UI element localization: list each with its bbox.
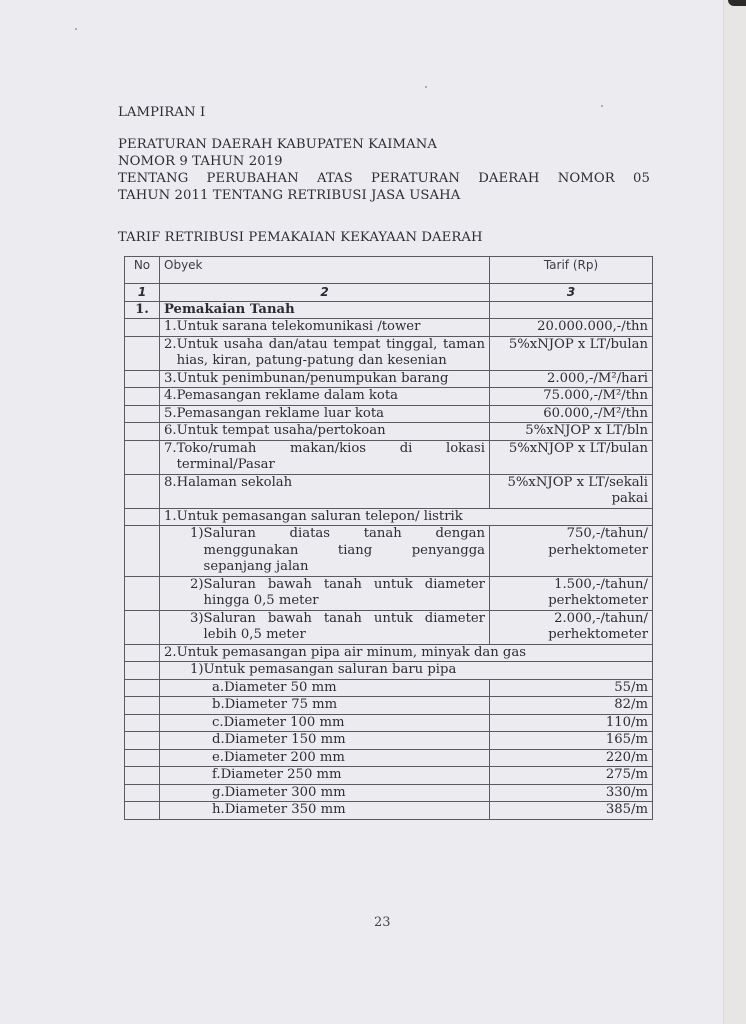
item-text: Halaman sekolah [177, 475, 485, 492]
item-text: Diameter 200 mm [224, 750, 485, 767]
empty-cell [125, 679, 160, 697]
item-text: Diameter 50 mm [224, 680, 485, 697]
table-row: 1) Saluran diatas tanah dengan menggunak… [125, 526, 653, 577]
empty-cell [125, 423, 160, 441]
object-cell: b. Diameter 75 mm [160, 697, 490, 715]
regulation-line: TENTANG PERUBAHAN ATAS PERATURAN DAERAH … [118, 170, 650, 187]
table-row: 6. Untuk tempat usaha/pertokoan5%xNJOP x… [125, 423, 653, 441]
column-header: Obyek [160, 257, 490, 284]
object-cell: 3. Untuk penimbunan/penumpukan barang [160, 370, 490, 388]
object-cell: a. Diameter 50 mm [160, 679, 490, 697]
tariff-value: 275/m [606, 767, 648, 782]
item-number: g. [212, 785, 225, 802]
item-number: a. [212, 680, 224, 697]
object-cell: h. Diameter 350 mm [160, 802, 490, 820]
item-number: 2. [164, 337, 177, 370]
page-edge [723, 0, 746, 1024]
empty-cell [125, 610, 160, 644]
regulation-line: PERATURAN DAERAH KABUPATEN KAIMANA [118, 136, 650, 153]
tariff-value: 220/m [606, 750, 648, 765]
section-title: Pemakaian Tanah [164, 302, 295, 317]
object-cell: 8. Halaman sekolah [160, 474, 490, 508]
group-title: 1) Untuk pemasangan saluran baru pipa [160, 662, 653, 680]
tariff-value: 385/m [606, 802, 648, 817]
item-number: 1. [164, 319, 177, 336]
tariff-value: 2.000,-/tahun/ perhektometer [548, 611, 648, 643]
item-number: 2. [164, 645, 177, 662]
column-header-label: Obyek [164, 258, 203, 272]
subsection-row: 1. Untuk pemasangan saluran telepon/ lis… [125, 508, 653, 526]
table-row: a. Diameter 50 mm55/m [125, 679, 653, 697]
section-number: 1. [125, 301, 160, 319]
empty-cell [490, 301, 653, 319]
scan-speck [425, 86, 427, 88]
item-number: 2) [190, 577, 204, 610]
object-cell: 1. Untuk sarana telekomunikasi /tower [160, 319, 490, 337]
item-text: Saluran diatas tanah dengan menggunakan … [204, 526, 485, 576]
item-text: Untuk penimbunan/penumpukan barang [177, 371, 485, 388]
item-text: Saluran bawah tanah untuk diameter lebih… [204, 611, 485, 644]
table-row: 2) Saluran bawah tanah untuk diameter hi… [125, 576, 653, 610]
subsection-title: 1. Untuk pemasangan saluran telepon/ lis… [160, 508, 653, 526]
table-row: 3. Untuk penimbunan/penumpukan barang2.0… [125, 370, 653, 388]
column-header: Tarif (Rp) [490, 257, 653, 284]
table-row: h. Diameter 350 mm385/m [125, 802, 653, 820]
object-cell: 4. Pemasangan reklame dalam kota [160, 388, 490, 406]
tariff-cell: 5%xNJOP x LT/bulan [490, 440, 653, 474]
empty-cell [125, 749, 160, 767]
empty-cell [125, 526, 160, 577]
tariff-cell: 220/m [490, 749, 653, 767]
item-number: e. [212, 750, 224, 767]
empty-cell [125, 662, 160, 680]
tariff-value: 330/m [606, 785, 648, 800]
object-cell: 6. Untuk tempat usaha/pertokoan [160, 423, 490, 441]
item-number: 3. [164, 371, 177, 388]
object-cell: 5. Pemasangan reklame luar kota [160, 405, 490, 423]
empty-cell [125, 784, 160, 802]
column-header-label: Tarif (Rp) [544, 258, 598, 272]
table-row: 2. Untuk usaha dan/atau tempat tinggal, … [125, 336, 653, 370]
empty-cell [125, 508, 160, 526]
empty-cell [125, 802, 160, 820]
header-row: NoObyekTarif (Rp) [125, 257, 653, 284]
item-number: d. [212, 732, 225, 749]
item-text: Untuk pemasangan pipa air minum, minyak … [177, 645, 648, 662]
tariff-value: 110/m [606, 715, 648, 730]
object-cell: 2. Untuk usaha dan/atau tempat tinggal, … [160, 336, 490, 370]
object-cell: g. Diameter 300 mm [160, 784, 490, 802]
item-text: Toko/rumah makan/kios di lokasi terminal… [177, 441, 485, 474]
tariff-value: 82/m [614, 697, 648, 712]
section-title: Pemakaian Tanah [160, 301, 490, 319]
table-row: 8. Halaman sekolah5%xNJOP x LT/sekali pa… [125, 474, 653, 508]
table-row: f. Diameter 250 mm275/m [125, 767, 653, 785]
section-number: 1. [135, 302, 149, 317]
section-row: 1.Pemakaian Tanah [125, 301, 653, 319]
item-text: Diameter 300 mm [225, 785, 485, 802]
table-row: e. Diameter 200 mm220/m [125, 749, 653, 767]
column-index: 3 [490, 284, 653, 302]
subsection-row: 2. Untuk pemasangan pipa air minum, miny… [125, 644, 653, 662]
tariff-cell: 2.000,-/M²/hari [490, 370, 653, 388]
table-row: 5. Pemasangan reklame luar kota60.000,-/… [125, 405, 653, 423]
scan-speck [75, 28, 77, 30]
empty-cell [125, 405, 160, 423]
column-header: No [125, 257, 160, 284]
column-index-label: 3 [567, 285, 575, 299]
item-text: Untuk tempat usaha/pertokoan [177, 423, 485, 440]
table-row: d. Diameter 150 mm165/m [125, 732, 653, 750]
tariff-cell: 275/m [490, 767, 653, 785]
tariff-value: 55/m [614, 680, 648, 695]
object-cell: 7. Toko/rumah makan/kios di lokasi termi… [160, 440, 490, 474]
tariff-table: NoObyekTarif (Rp)1231.Pemakaian Tanah1. … [124, 256, 653, 820]
tariff-cell: 330/m [490, 784, 653, 802]
item-text: Untuk pemasangan saluran telepon/ listri… [177, 509, 648, 526]
empty-cell [125, 576, 160, 610]
document-header: LAMPIRAN I PERATURAN DAERAH KABUPATEN KA… [118, 104, 650, 246]
empty-cell [125, 767, 160, 785]
item-number: 1) [190, 662, 204, 679]
item-number: 1) [190, 526, 204, 576]
column-index-label: 1 [138, 285, 146, 299]
tariff-cell: 385/m [490, 802, 653, 820]
table-title: TARIF RETRIBUSI PEMAKAIAN KEKAYAAN DAERA… [118, 229, 650, 246]
column-header-label: No [134, 258, 150, 272]
tariff-cell: 20.000.000,-/thn [490, 319, 653, 337]
column-index-label: 2 [320, 285, 328, 299]
empty-cell [125, 388, 160, 406]
empty-cell [125, 732, 160, 750]
item-number: c. [212, 715, 224, 732]
tariff-value: 5%xNJOP x LT/bulan [509, 337, 648, 352]
item-number: 8. [164, 475, 177, 492]
object-cell: 1) Saluran diatas tanah dengan menggunak… [160, 526, 490, 577]
item-text: Untuk pemasangan saluran baru pipa [204, 662, 648, 679]
empty-cell [125, 319, 160, 337]
empty-cell [125, 440, 160, 474]
tariff-value: 750,-/tahun/ perhektometer [548, 526, 648, 558]
column-index: 1 [125, 284, 160, 302]
table-row: 1. Untuk sarana telekomunikasi /tower20.… [125, 319, 653, 337]
tariff-value: 1.500,-/tahun/ perhektometer [548, 577, 648, 609]
item-text: Pemasangan reklame luar kota [177, 406, 485, 423]
tariff-value: 5%xNJOP x LT/sekali pakai [508, 475, 648, 507]
table-row: 7. Toko/rumah makan/kios di lokasi termi… [125, 440, 653, 474]
item-text: Untuk usaha dan/atau tempat tinggal, tam… [177, 337, 485, 370]
column-index: 2 [160, 284, 490, 302]
tariff-value: 165/m [606, 732, 648, 747]
item-text: Pemasangan reklame dalam kota [177, 388, 485, 405]
group-row: 1) Untuk pemasangan saluran baru pipa [125, 662, 653, 680]
tariff-value: 20.000.000,-/thn [537, 319, 648, 334]
tariff-cell: 1.500,-/tahun/ perhektometer [490, 576, 653, 610]
tariff-value: 2.000,-/M²/hari [547, 371, 648, 386]
empty-cell [125, 714, 160, 732]
item-text: Diameter 350 mm [225, 802, 485, 819]
item-number: 1. [164, 509, 177, 526]
item-number: h. [212, 802, 225, 819]
tariff-cell: 5%xNJOP x LT/bulan [490, 336, 653, 370]
item-text: Diameter 75 mm [225, 697, 485, 714]
item-number: 4. [164, 388, 177, 405]
tariff-value: 5%xNJOP x LT/bulan [509, 441, 648, 456]
table-row: 4. Pemasangan reklame dalam kota75.000,-… [125, 388, 653, 406]
empty-cell [125, 370, 160, 388]
table-row: 3) Saluran bawah tanah untuk diameter le… [125, 610, 653, 644]
tariff-cell: 55/m [490, 679, 653, 697]
table-row: g. Diameter 300 mm330/m [125, 784, 653, 802]
item-text: Saluran bawah tanah untuk diameter hingg… [204, 577, 485, 610]
tariff-value: 75.000,-/M²/thn [543, 388, 648, 403]
tariff-cell: 2.000,-/tahun/ perhektometer [490, 610, 653, 644]
empty-cell [125, 336, 160, 370]
regulation-line: TAHUN 2011 TENTANG RETRIBUSI JASA USAHA [118, 187, 650, 204]
subsection-title: 2. Untuk pemasangan pipa air minum, miny… [160, 644, 653, 662]
object-cell: c. Diameter 100 mm [160, 714, 490, 732]
index-row: 123 [125, 284, 653, 302]
tariff-cell: 75.000,-/M²/thn [490, 388, 653, 406]
object-cell: d. Diameter 150 mm [160, 732, 490, 750]
page-number: 23 [374, 915, 391, 930]
item-text: Diameter 250 mm [221, 767, 485, 784]
tariff-cell: 110/m [490, 714, 653, 732]
empty-cell [125, 644, 160, 662]
object-cell: e. Diameter 200 mm [160, 749, 490, 767]
object-cell: f. Diameter 250 mm [160, 767, 490, 785]
tariff-value: 5%xNJOP x LT/bln [525, 423, 648, 438]
item-text: Diameter 150 mm [225, 732, 485, 749]
table-row: c. Diameter 100 mm110/m [125, 714, 653, 732]
attachment-label: LAMPIRAN I [118, 104, 650, 121]
tariff-cell: 60.000,-/M²/thn [490, 405, 653, 423]
item-text: Diameter 100 mm [224, 715, 485, 732]
regulation-line: NOMOR 9 TAHUN 2019 [118, 153, 650, 170]
tariff-cell: 82/m [490, 697, 653, 715]
item-number: 3) [190, 611, 204, 644]
scan-corner [728, 0, 746, 6]
tariff-cell: 5%xNJOP x LT/bln [490, 423, 653, 441]
object-cell: 2) Saluran bawah tanah untuk diameter hi… [160, 576, 490, 610]
tariff-cell: 165/m [490, 732, 653, 750]
item-number: 6. [164, 423, 177, 440]
tariff-cell: 5%xNJOP x LT/sekali pakai [490, 474, 653, 508]
item-number: f. [212, 767, 221, 784]
item-number: b. [212, 697, 225, 714]
tariff-value: 60.000,-/M²/thn [543, 406, 648, 421]
item-number: 7. [164, 441, 177, 474]
object-cell: 3) Saluran bawah tanah untuk diameter le… [160, 610, 490, 644]
empty-cell [125, 474, 160, 508]
item-text: Untuk sarana telekomunikasi /tower [177, 319, 485, 336]
table-row: b. Diameter 75 mm82/m [125, 697, 653, 715]
tariff-cell: 750,-/tahun/ perhektometer [490, 526, 653, 577]
item-number: 5. [164, 406, 177, 423]
empty-cell [125, 697, 160, 715]
